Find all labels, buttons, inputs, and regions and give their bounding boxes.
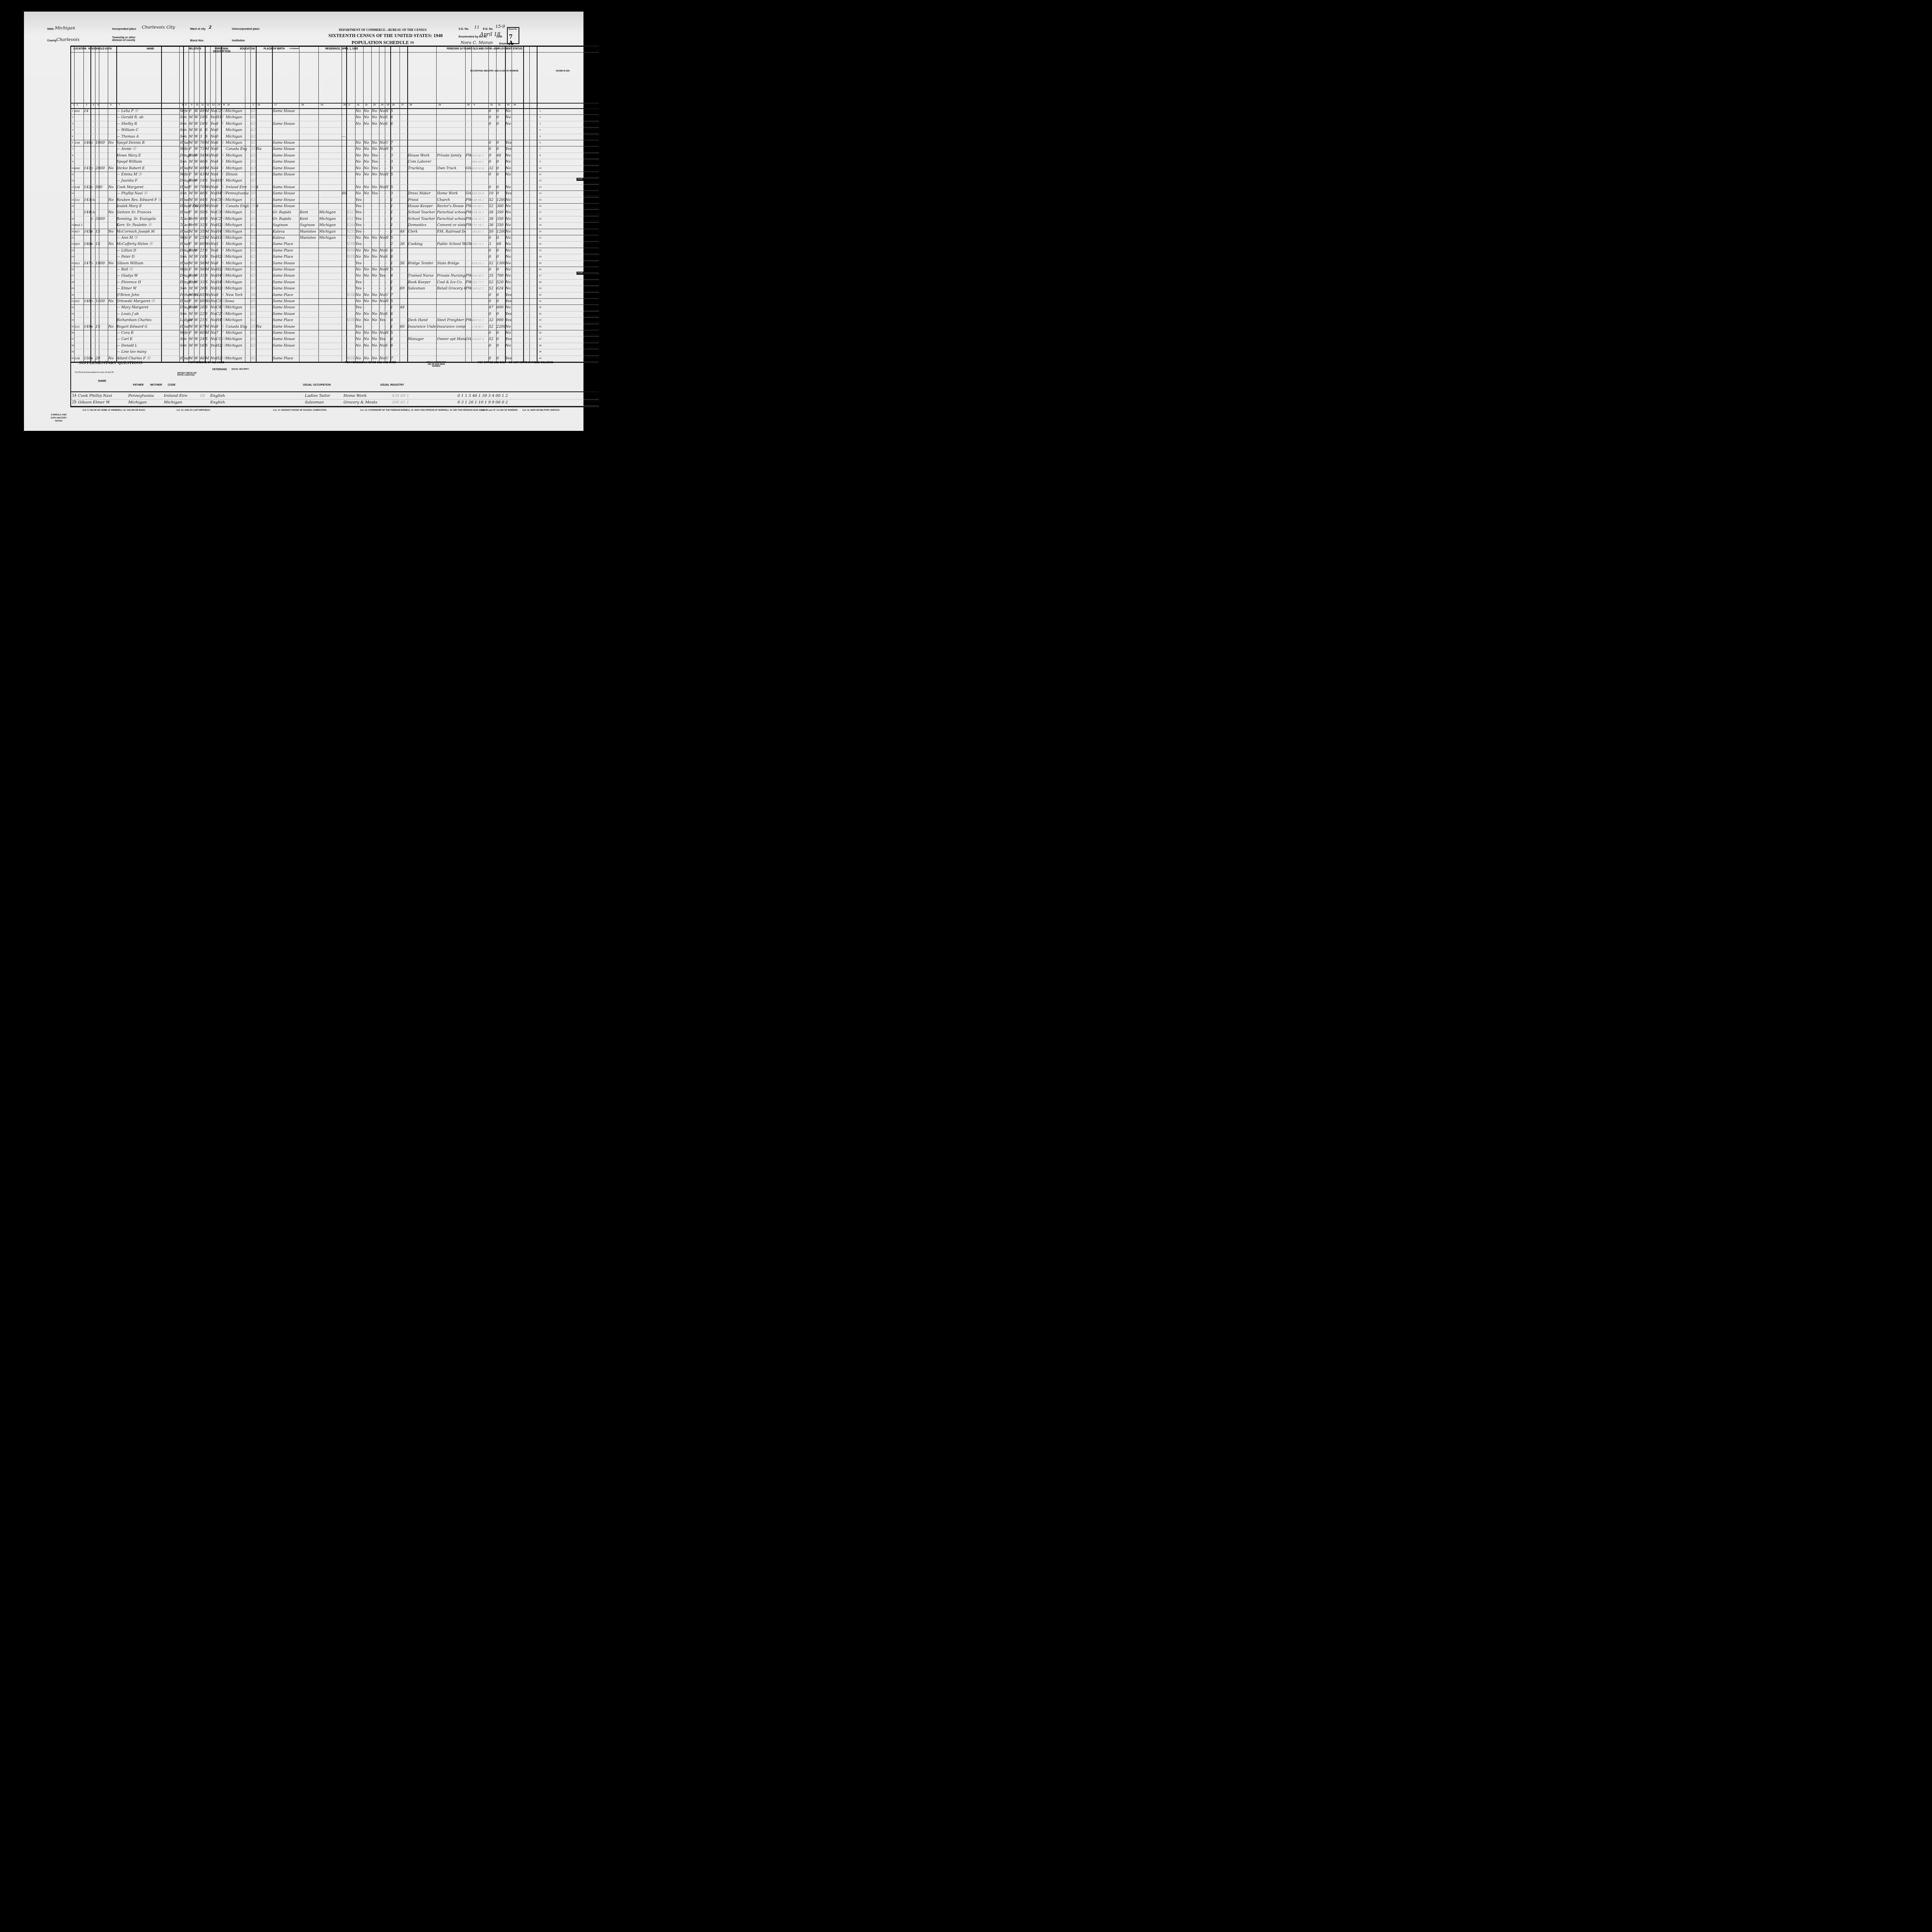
cell-income [497,178,505,184]
cell-res-farm [342,248,346,254]
cell-occupation [408,121,436,127]
cell-c26: 4 [391,336,399,342]
cell-res-county [300,197,318,203]
cell-res-city: Same House [273,203,299,209]
cell-tenure [91,317,95,323]
cell-age: 49 [200,108,205,114]
cell-value [95,343,108,349]
cell-school: No [211,127,216,133]
cell-value: 1000 [95,140,108,146]
cell-code-f [472,146,488,152]
cell-code-d: 4327 [347,209,355,216]
cell-hours: 60 [400,324,407,330]
table-row: 32— Mary MargaretDaughter2FW26SNoC470Mic… [71,304,599,311]
cell-visit: 142 [84,184,90,190]
cell-farm: No [108,197,116,203]
cell-sex: M [189,229,194,235]
cell-c26: 1 [391,324,399,330]
cell-income: 0 [497,159,505,165]
cell-age: 48 [200,216,205,222]
cell-res-county [300,254,318,260]
cell-c21: No [355,330,363,336]
cell-citizen [256,197,272,203]
cell-occupation [408,127,436,133]
cell-occupation [408,114,436,121]
cell-house: End 1 Block [75,222,83,228]
cell-farm [108,159,116,165]
cell-marital: Wd [205,241,210,247]
cell-res-county [300,279,318,286]
cell-marital: S [205,286,210,292]
cell-res-city: Same House [273,140,299,146]
cell-race: W [194,140,199,146]
cell-marital: Wd [205,153,210,159]
cell-value: 1400 [95,298,108,304]
cell-c25: S [385,248,390,254]
cell-res-county [300,317,318,323]
cell-industry [437,267,465,273]
cell-c25 [385,134,390,140]
cell-code-d [347,184,355,190]
cell-citizen [256,229,272,235]
cell-other-income: Yes [505,292,512,298]
supplementary-row: 14Cook Phillip NaviPennsylvaniaIreland E… [71,393,599,400]
cell-race: W [194,178,199,184]
cell-line-right: 36 [537,330,543,336]
cell-house: 903 [75,260,83,267]
cell-house [75,172,83,178]
cell-res-county [300,108,318,114]
table-row: 30O'Brien JohnFather in Law3MW85WdNo88Ne… [71,292,599,299]
cell-res-state [319,298,342,304]
supp-cell-code-j: 434 89 1 [392,393,411,399]
cell-visit [84,286,90,292]
cell-c24: No [379,330,385,336]
cell-class [466,146,471,152]
cell-farm [108,146,116,152]
cell-other-income: No [505,165,512,172]
cell-class [466,330,471,336]
cell-other-income: Yes [505,298,512,304]
cell-class: PW [466,279,471,286]
cell-race: W [194,343,199,349]
cell-res-farm [342,235,346,241]
ed-value: 15-9 [495,24,505,29]
table-row: 10606141O2000NoDickie Robert EHead0MW49M… [71,165,599,172]
table-row: 25903147O1800NoGibson WilliamHead0MW58MN… [71,260,599,267]
cell-race: W [194,286,199,292]
cell-line-right: 16 [537,203,543,209]
census-sheet: State Michigan County Charlevoix Incorpo… [24,12,583,431]
note-col11: Col. 11. AGE AT LAST BIRTHDAY: [177,409,211,412]
cell-line-right: 2 [537,114,543,121]
cell-line-right: 12 [537,178,543,184]
cell-c23: No [372,114,379,121]
cell-income: 0 [497,121,505,127]
cell-school: No [211,267,216,273]
cell-marital: S [205,317,210,323]
cell-class: PW [466,203,471,209]
cell-res-city: Same Place [273,241,299,247]
cell-code-a: 0 [183,209,189,216]
cell-c25: - [385,279,390,286]
group-employment: PERSONS 14 YEARS OLD AND OVER—EMPLOYMENT… [388,48,581,50]
cell-res-farm [342,216,346,222]
cell-hours [400,203,407,209]
cell-age: 6 [200,127,205,133]
cell-code-f [472,311,488,317]
cell-res-farm [342,317,346,323]
cell-marital: S [205,343,210,349]
cell-industry: Steel Freighter [437,317,465,323]
cell-c22: - [364,203,371,209]
supp-cell-line: 29 [72,400,77,406]
cell-name: — Gladys W [117,273,179,279]
cell-citizen [256,121,272,127]
cell-code-d [347,324,355,330]
cell-code-f [472,343,488,349]
cell-name: Reuben Rev. Edward F ⓧ [117,197,179,203]
cell-res-state [319,140,342,146]
cell-school: No [211,311,216,317]
cell-house: 907 [75,229,83,235]
column-number: 5 [95,104,101,106]
cell-c25: - [385,336,390,342]
cell-c21: No [355,317,363,323]
cell-line-right: 18 [537,216,543,222]
cell-value: 1800 [95,260,108,267]
cell-code-a: 0 [183,298,189,304]
institution-label: Institution [232,39,245,42]
cell-res-city: Same House [273,343,299,349]
cell-name: McCormick Joseph M [117,229,179,235]
cell-marital: S [205,336,210,342]
cell-sex: F [189,298,194,304]
note-col14: Col. 14. HIGHEST GRADE OF SCHOOL COMPLET… [273,409,327,412]
cell-industry [437,248,465,254]
cell-c22: No [364,273,371,279]
supp-cell-code [200,400,208,406]
cell-c22: No [364,254,371,260]
cell-occupation: Bridge Tender [408,260,436,267]
cell-other-income: No [505,324,512,330]
cell-res-county [300,343,318,349]
cell-age: 60 [200,298,205,304]
cell-code-f: 266 47 1 [472,229,488,235]
cell-race: W [194,317,199,323]
cell-farm: No [108,260,116,267]
column-number: 33 [505,104,511,106]
cell-line: 23 [71,248,74,254]
cell-name: — Phyllip Navi ⓧ [117,190,179,197]
cell-c26: 5 [391,330,399,336]
cell-value [95,146,108,152]
cell-res-farm [342,121,346,127]
cell-race: W [194,127,199,133]
cell-hours [400,222,407,228]
cell-line: 7 [71,146,74,152]
column-number: 23 [372,104,377,106]
cell-c24: No [379,343,385,349]
cell-occupation: Insurance Underwriter [408,324,436,330]
cell-code-c: 62 [251,286,256,292]
cell-res-farm [342,146,346,152]
cell-citizen [256,140,272,146]
cell-marital: S [205,222,210,228]
cell-line: 13 [71,184,74,190]
cell-res-city: Same House [273,304,299,311]
cell-code-a: 2 [183,311,189,317]
cell-tenure [91,267,95,273]
cell-res-state [319,146,342,152]
column-number: 2 [75,104,80,106]
cell-name: — Line too many [117,349,179,355]
cell-race: W [194,254,199,260]
cell-school: No [211,336,216,342]
cell-industry [437,311,465,317]
cell-sex: F [189,279,194,286]
cell-c24: - [379,216,385,222]
cell-res-county [300,304,318,311]
cell-industry: Church [437,197,465,203]
cell-line-right: 19 [537,222,543,228]
cell-c21: No [355,153,363,159]
cell-code-a: 0 [183,140,189,146]
cell-birthplace: Michigan [226,317,249,323]
cell-birthplace: Michigan [226,159,249,165]
cell-industry [437,330,465,336]
cell-code-c: 62 [251,267,256,273]
cell-line: 25 [71,260,74,267]
cell-code-c: 62 [251,279,256,286]
cell-name: O'Brien John [117,292,179,298]
cell-c23: - [372,260,379,267]
cell-farm [108,317,116,323]
cell-code-c: 62 [251,216,256,222]
cell-birthplace: Michigan [226,248,249,254]
cell-weeks: 0 [489,114,496,121]
cell-c21: No [355,190,363,197]
table-row: 37— Carl ESon2MW24SNoC140Michigan62Same … [71,336,599,343]
cell-grade: H4 [216,279,221,286]
cell-age: 73 [200,146,205,152]
cell-industry [437,172,465,178]
cell-c26: 5 [391,184,399,190]
cell-farm [108,153,116,159]
cell-house [75,273,83,279]
cell-race: W [194,134,199,140]
cell-c24: - [379,159,385,165]
cell-sex: F [189,146,194,152]
cell-farm: No [108,209,116,216]
cell-class [466,304,471,311]
cell-race: W [194,260,199,267]
cell-code-f [472,235,488,241]
cell-line-right: 21 [537,235,543,241]
county-value: Charlevoix [56,37,80,42]
cell-c22: No [364,190,371,197]
cell-c23: No [372,267,379,273]
cell-marital: M [205,165,210,172]
cell-res-farm [342,336,346,342]
cell-weeks: 0 [489,172,496,178]
cell-res-state [319,260,342,267]
cell-birthplace: Michigan [226,229,249,235]
cell-school: Yes [211,121,216,127]
cell-class: PW [466,216,471,222]
cell-visit [84,134,90,140]
column-number: 9 [189,104,194,106]
cell-grade: H1 [216,178,221,184]
cell-c24: No [379,121,385,127]
cell-c24: - [379,286,385,292]
cell-tenure [91,292,95,298]
cell-c24 [379,134,385,140]
cell-c26: 5 [391,298,399,304]
cell-farm: No [108,184,116,190]
cell-visit [84,114,90,121]
cell-c23: No [372,172,379,178]
cell-c22: No [364,298,371,304]
cell-res-city: Same House [273,108,299,114]
cell-c24: - [379,324,385,330]
cell-c21: Yes [355,279,363,286]
column-number: 7 [117,104,122,106]
cell-house [75,178,83,184]
cell-c25 [385,178,390,184]
cell-code-f [472,108,488,114]
cell-age: 43 [200,172,205,178]
cell-industry: Parochial school [437,209,465,216]
cell-visit: 144 [84,209,90,216]
cell-code-d [347,140,355,146]
cell-res-farm [342,153,346,159]
cell-weeks: 10 [489,190,496,197]
cell-hours: 30 [400,241,407,247]
cell-value: 2000 [95,165,108,172]
cell-industry [437,159,465,165]
cell-visit: 146 [84,241,90,247]
cell-house [75,209,83,216]
cell-age: 25 [200,235,205,241]
cell-code-f [472,292,488,298]
cell-farm: No [108,241,116,247]
cell-citizen [256,216,272,222]
cell-c23: No [372,298,379,304]
cell-c26: 6 [391,114,399,121]
cell-industry [437,178,465,184]
cell-industry: Private Nursing [437,273,465,279]
cell-res-city: Same House [273,298,299,304]
cell-c24: - [379,241,385,247]
cell-tenure [91,273,95,279]
table-row: 20907145R15NoMcCormick Joseph MHead0MW35… [71,229,599,235]
cell-line: 33 [71,311,74,317]
cell-name: — Louis J ab [117,311,179,317]
cell-code-f: V34 91 1 [472,216,488,222]
cell-c25: - [385,209,390,216]
cell-line: 32 [71,304,74,311]
cell-house: 800 [75,108,83,114]
cell-occupation: House Keeper [408,203,436,209]
cell-res-state [319,134,342,140]
cell-class [466,235,471,241]
cell-code-f [472,140,488,146]
cell-industry [437,349,465,355]
cell-res-farm [342,311,346,317]
column-number: 17 [273,104,278,106]
cell-name: — Mary Margaret [117,304,179,311]
cell-res-farm [342,286,346,292]
cell-birthplace: Michigan [226,330,249,336]
cell-c25: - [385,190,390,197]
cell-other-income: No [505,197,512,203]
cell-c24: - [379,197,385,203]
note-col10: Col. 10. COLOR OR RACE: [119,409,146,412]
cell-res-city [273,127,299,133]
cell-tenure [91,286,95,292]
cell-birthplace: Michigan [226,216,249,222]
cell-grade: H4 [216,229,221,235]
cell-c23: No [372,248,379,254]
cell-birthplace: Michigan [226,235,249,241]
cell-sex: F [189,172,194,178]
cell-res-farm [342,178,346,184]
cell-birthplace: Michigan [226,140,249,146]
cell-c25: - [385,304,390,311]
cell-code-c: 62 [251,317,256,323]
cell-visit [84,304,90,311]
supp-h-usual-ind: USUAL INDUSTRY [380,384,404,386]
sheet-label: Sheet No. [509,28,517,31]
cell-c25: - [385,153,390,159]
cell-c23: - [372,197,379,203]
cell-code-c: 62 [251,153,256,159]
cell-house [75,311,83,317]
cell-occupation [408,178,436,184]
cell-race: W [194,159,199,165]
cell-marital: M [205,108,210,114]
cell-birthplace: Michigan [226,286,249,292]
cell-c25: S [385,254,390,260]
cell-res-county [300,203,318,209]
cell-code-c: 35 [251,203,256,209]
cell-c21: Yes [355,197,363,203]
cell-code-c: 62 [251,260,256,267]
cell-name: Richardson Charles [117,317,179,323]
cell-c21: No [355,267,363,273]
cell-res-farm [342,273,346,279]
cell-res-state [319,311,342,317]
cell-birthplace: New York [226,292,249,298]
cell-occupation [408,254,436,260]
column-number: 13 [211,104,216,106]
column-number: 31 [489,104,494,106]
cell-grade: 8 [216,121,221,127]
cell-c26: 5 [391,146,399,152]
cell-code-a: 2 [183,336,189,342]
cell-line: 18 [71,216,74,222]
cell-res-county [300,146,318,152]
cell-c22: No [364,343,371,349]
cell-c22: No [364,267,371,273]
cell-res-state [319,121,342,127]
cell-citizen [256,248,272,254]
cell-age: 16 [200,343,205,349]
cell-res-city: Same House [273,330,299,336]
cell-occupation: Trained Nurse [408,273,436,279]
cell-c22: No [364,108,371,114]
